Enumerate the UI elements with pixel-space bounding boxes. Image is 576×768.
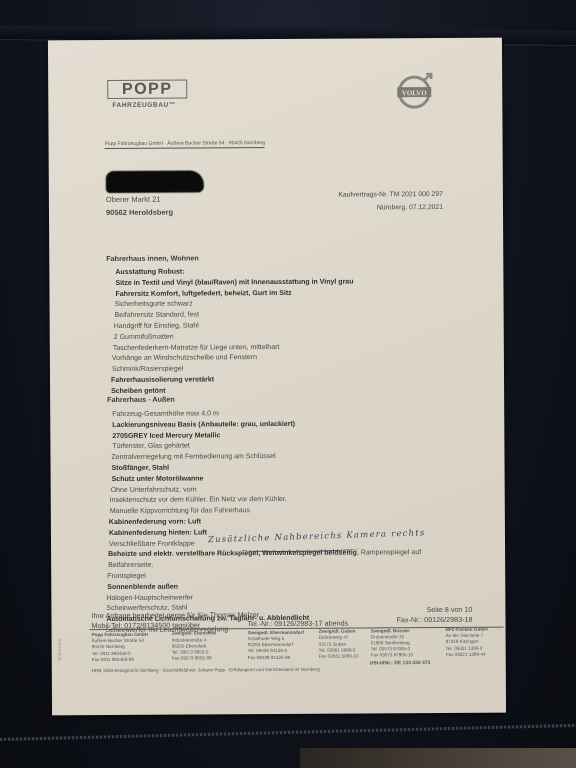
interior-items: Ausstattung Robust:Sitze in Textil und V… xyxy=(113,267,354,398)
page-info: Seite 8 von 10 Fax-Nr.: 09126/2983-18 xyxy=(396,605,472,625)
contract-place-date: Nürnberg, 07.12.2021 xyxy=(338,201,443,215)
margin-stamp: 20 20 0113 01 xyxy=(58,638,62,660)
floor xyxy=(300,748,576,768)
list-item: Sitze in Textil und Vinyl (blau/Raven) m… xyxy=(115,277,353,289)
contact-person: Ihre Anfrage bearbeitet gerne für Sie Th… xyxy=(91,610,259,620)
recipient-city: 90562 Heroldsberg xyxy=(106,208,173,217)
footer-register: HRB 1839 Amtsgericht Nürnberg · Geschäft… xyxy=(92,667,321,673)
footer-branch: Popp Fahrzeugbau GmbHÄußere Bucher Straß… xyxy=(92,632,149,663)
popp-logo: POPP xyxy=(107,80,187,99)
footer-vat-id: USt-IdNr.: DE 133 030 373 xyxy=(370,660,431,666)
section-title-interior: Fahrerhaus innen, Wohnen xyxy=(106,253,199,263)
contract-number: Kaufvertrags-Nr. TM 2021 000 297 xyxy=(338,188,443,202)
sender-address-line: Popp Fahrzeugbau GmbH · Äußere Bucher St… xyxy=(105,140,265,148)
recipient-street: Oberer Markt 21 xyxy=(106,195,161,204)
redacted-recipient-name xyxy=(106,170,204,193)
footer-branch: NFZ-franken GmbHAn der Steinleite 797318… xyxy=(446,627,488,658)
footer-branch: Zweigndl. GubenDubrauweg 4703172 GubenTe… xyxy=(319,629,359,660)
volvo-logo-icon: VOLVO xyxy=(395,71,435,111)
section-title-exterior: Fahrerhaus - Außen xyxy=(107,395,175,404)
footer-branch: Zweigndl. EbermannsdorfSchafhofer Weg 59… xyxy=(248,630,305,661)
page-number: Seite 8 von 10 xyxy=(396,605,472,615)
contract-info: Kaufvertrags-Nr. TM 2021 000 297 Nürnber… xyxy=(338,188,443,215)
footer-branch: Zweigndl. BrieskeGruberstraße 3101968 Se… xyxy=(371,628,414,659)
popp-logo-subtitle: FAHRZEUGBAU™ xyxy=(112,102,176,109)
exterior-items: Fahrzeug-Gesamthöhe max 4,0 mLackierungs… xyxy=(112,408,421,637)
svg-text:VOLVO: VOLVO xyxy=(402,89,427,97)
footer-branch: Zweigndl. EbensfeldIndustriestraße 49625… xyxy=(172,631,217,662)
contact-fax: Fax-Nr.: 09126/2983-18 xyxy=(397,615,473,625)
document-page: POPP FAHRZEUGBAU™ VOLVO Popp Fahrzeugbau… xyxy=(48,38,506,716)
